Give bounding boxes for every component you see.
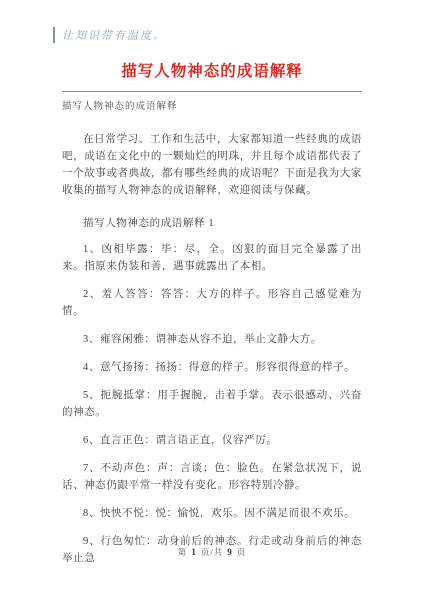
page-footer: 第1页/共9页 <box>0 546 424 558</box>
document-title: 描写人物神态的成语解释 <box>62 59 362 81</box>
document-subtitle: 描写人物神态的成语解释 <box>62 98 362 112</box>
idiom-item-7: 7、不动声色：声：言谈；色：脸色。在紧急状况下，说话、神态仍跟平常一样没有变化。… <box>62 460 362 494</box>
section-heading: 描写人物神态的成语解释 1 <box>62 215 362 230</box>
footer-page-total: 9 <box>227 547 233 557</box>
intro-paragraph: 在日常学习、工作和生活中，大家都知道一些经典的成语吧，成语在文化中的一颗灿烂的明… <box>62 131 362 199</box>
idiom-item-3: 3、雍容闲雅：谓神态从容不迫，举止文静大方。 <box>62 331 362 348</box>
footer-label-suffix: 页 <box>237 547 247 557</box>
footer-label-prefix: 第 <box>178 547 188 557</box>
idiom-item-8: 8、怏怏不悦：悦：愉悦，欢乐。因不满足而很不欢乐。 <box>62 505 362 522</box>
header-slogan: 让知识带有温度。 <box>53 26 362 44</box>
idiom-item-2: 2、羞人答答：答答：大方的样子。形容自己感觉难为情。 <box>62 286 362 320</box>
slogan-accent-bar-icon <box>53 27 55 43</box>
title-divider <box>62 91 362 92</box>
document-page: 让知识带有温度。 描写人物神态的成语解释 描写人物神态的成语解释 在日常学习、工… <box>0 0 424 600</box>
idiom-item-4: 4、意气扬扬：扬扬：得意的样子。形容很得意的样子。 <box>62 359 362 376</box>
idiom-item-5: 5、扼腕抵掌：用手握腕，击着手掌。表示很感动、兴奋的神态。 <box>62 387 362 421</box>
footer-label-middle: 页/共 <box>201 547 223 557</box>
footer-page-current: 1 <box>191 547 197 557</box>
idiom-item-1: 1、凶相毕露：毕：尽，全。凶狠的面目完全暴露了出来。指原来伪装和善，遇事就露出了… <box>62 241 362 275</box>
slogan-text: 让知识带有温度。 <box>62 27 166 43</box>
idiom-item-6: 6、直言正色：谓言语正直，仪容严厉。 <box>62 432 362 449</box>
